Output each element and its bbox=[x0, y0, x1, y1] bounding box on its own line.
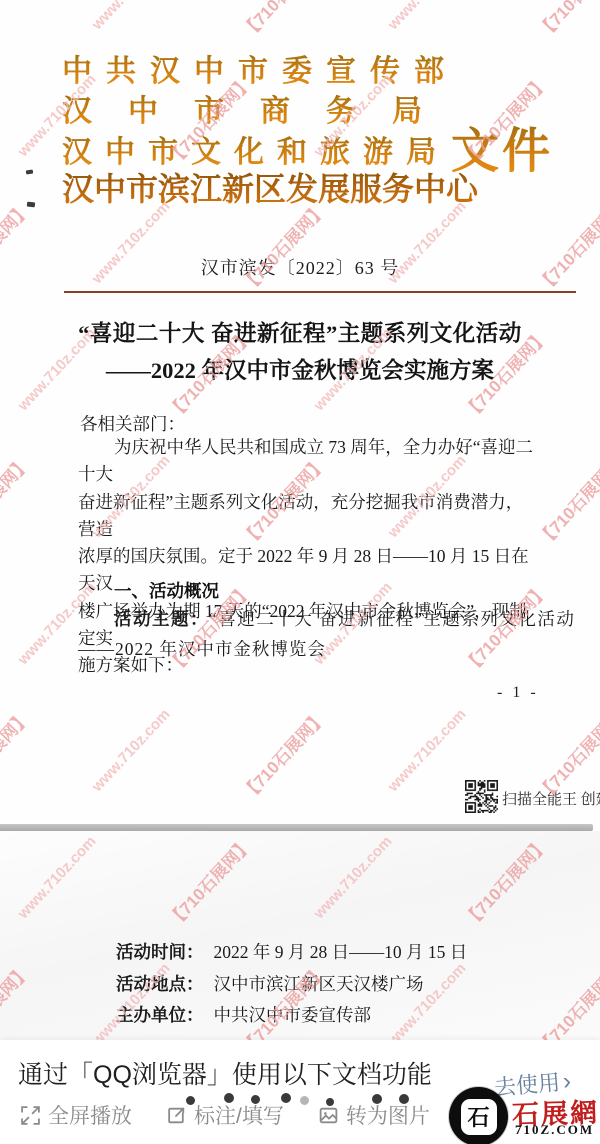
image-icon bbox=[318, 1105, 339, 1126]
info-line: 主办单位：中共汉中市委宣传部 bbox=[116, 1002, 371, 1027]
letterhead-org-2: 汉中市商务局 bbox=[62, 86, 458, 130]
banner-actions: 全屏播放 标注/填写 转为图片 bbox=[20, 1100, 464, 1130]
ink-dot bbox=[372, 1094, 382, 1104]
fullscreen-play-button[interactable]: 全屏播放 bbox=[20, 1100, 132, 1130]
qq-browser-banner: 通过「QQ浏览器」使用以下文档功能 全屏播放 标注/填写 bbox=[0, 1040, 600, 1144]
ink-dot bbox=[326, 1098, 334, 1106]
document-title-line2: ——2022 年汉中市金秋博览会实施方案 bbox=[0, 353, 600, 385]
info-label: 活动地点： bbox=[116, 974, 204, 994]
theme-line: 活动主题：“喜迎二十大 奋进新征程”主题系列文化活动 bbox=[114, 606, 575, 631]
info-value: 2022 年 9 月 28 日——10 月 15 日 bbox=[214, 942, 468, 962]
body-line: 奋进新征程”主题系列文化活动，充分挖掘我市消费潜力，营造 bbox=[78, 489, 538, 544]
annotate-fill-button[interactable]: 标注/填写 bbox=[166, 1100, 284, 1130]
letterhead-doc-word: 文件 bbox=[451, 112, 553, 181]
letterhead-org-1: 中共汉中市委宣传部 bbox=[62, 46, 458, 90]
ink-dot bbox=[281, 1093, 291, 1103]
site-logo-icon: 石 bbox=[449, 1087, 508, 1144]
ink-dot bbox=[186, 1096, 195, 1105]
fullscreen-icon bbox=[20, 1105, 41, 1126]
info-label: 主办单位： bbox=[116, 1005, 204, 1025]
ink-dot bbox=[300, 1096, 309, 1105]
theme-label: 活动主题： bbox=[114, 609, 209, 629]
info-value: 汉中市滨江新区天汉楼广场 bbox=[214, 974, 424, 994]
document-number: 汉市滨发〔2022〕63 号 bbox=[0, 254, 600, 280]
info-line: 活动地点：汉中市滨江新区天汉楼广场 bbox=[116, 971, 424, 996]
scanned-page-1: 中共汉中市委宣传部 汉中市商务局 汉中市文化和旅游局 汉中市滨江新区发展服务中心… bbox=[0, 0, 600, 824]
screen: 中共汉中市委宣传部 汉中市商务局 汉中市文化和旅游局 汉中市滨江新区发展服务中心… bbox=[0, 0, 600, 1144]
banner-title: 通过「QQ浏览器」使用以下文档功能 bbox=[18, 1055, 432, 1091]
ink-dot bbox=[251, 1095, 260, 1104]
action-label: 转为图片 bbox=[346, 1100, 430, 1130]
action-label: 标注/填写 bbox=[194, 1100, 284, 1130]
letterhead-org-4: 汉中市滨江新区发展服务中心 bbox=[62, 164, 478, 210]
theme-text: “喜迎二十大 奋进新征程”主题系列文化活动 bbox=[209, 609, 575, 629]
scanner-app-note: 扫描全能王 创建 bbox=[502, 788, 600, 809]
scan-speck bbox=[27, 202, 35, 208]
section-heading: 一、活动概况 bbox=[114, 578, 219, 603]
info-value: 中共汉中市委宣传部 bbox=[214, 1005, 372, 1025]
salutation: 各相关部门： bbox=[80, 411, 185, 436]
document-title-line1: “喜迎二十大 奋进新征程”主题系列文化活动 bbox=[0, 316, 600, 348]
qr-code bbox=[465, 780, 498, 813]
convert-to-image-button[interactable]: 转为图片 bbox=[318, 1100, 430, 1130]
ink-dot bbox=[399, 1094, 409, 1104]
info-line: 活动时间：2022 年 9 月 28 日——10 月 15 日 bbox=[116, 939, 467, 964]
letterhead-divider-line bbox=[64, 291, 576, 293]
theme-line2: ——2022 年汉中市金秋博览会 bbox=[78, 636, 326, 661]
edit-icon bbox=[166, 1105, 187, 1126]
page-number: - 1 - bbox=[497, 684, 539, 702]
site-domain: 710Z.COM bbox=[515, 1122, 594, 1138]
ink-dot bbox=[224, 1093, 234, 1103]
page-divider bbox=[0, 824, 593, 831]
info-label: 活动时间： bbox=[116, 942, 204, 962]
scan-speck bbox=[26, 170, 33, 175]
scanned-page-2: 活动时间：2022 年 9 月 28 日——10 月 15 日 活动地点：汉中市… bbox=[0, 831, 600, 1040]
action-label: 全屏播放 bbox=[48, 1100, 132, 1130]
site-logo-glyph: 石 bbox=[461, 1099, 497, 1135]
body-line: 为庆祝中华人民共和国成立 73 周年，全力办好“喜迎二十大 bbox=[78, 434, 538, 489]
